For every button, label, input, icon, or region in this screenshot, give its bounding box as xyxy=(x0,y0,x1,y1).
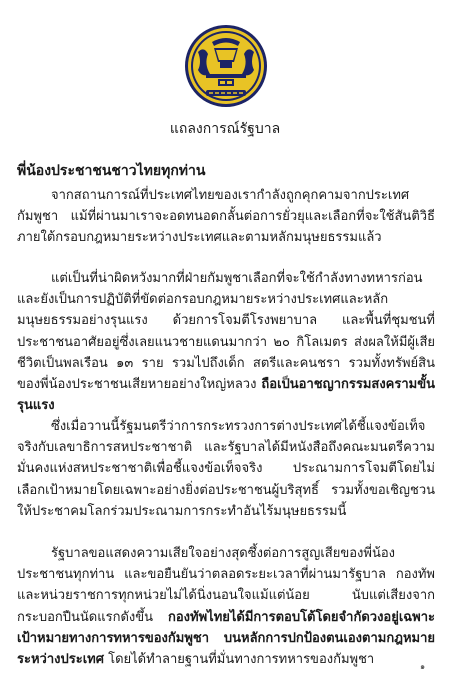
greeting-heading: พี่น้องประชาชนชาวไทยทุกท่าน xyxy=(17,161,205,181)
paragraph-2: แต่เป็นที่น่าผิดหวังมากที่ฝ่ายกัมพูชาเลื… xyxy=(17,268,435,416)
paragraph-2-text: แต่เป็นที่น่าผิดหวังมากที่ฝ่ายกัมพูชาเลื… xyxy=(17,271,435,392)
paragraph-4-tail: โดยได้ทำลายฐานที่มั่นทางการทหารของกัมพูช… xyxy=(104,652,374,667)
paragraph-1-text: จากสถานการณ์ที่ประเทศไทยของเรากำลังถูกคุ… xyxy=(17,188,435,245)
paragraph-3: ซึ่งเมื่อวานนี้รัฐมนตรีว่าการกระทรวงการต… xyxy=(17,416,435,522)
paragraph-3-text: ซึ่งเมื่อวานนี้รัฐมนตรีว่าการกระทรวงการต… xyxy=(17,419,435,519)
paragraph-1: จากสถานการณ์ที่ประเทศไทยของเรากำลังถูกคุ… xyxy=(17,185,435,249)
statement-title: แถลงการณ์รัฐบาล xyxy=(0,119,450,139)
government-seal-icon xyxy=(184,24,268,108)
paragraph-4: รัฐบาลขอแสดงความเสียใจอย่างสุดซึ้งต่อการ… xyxy=(17,543,435,670)
page-number: ๑ xyxy=(420,660,425,673)
